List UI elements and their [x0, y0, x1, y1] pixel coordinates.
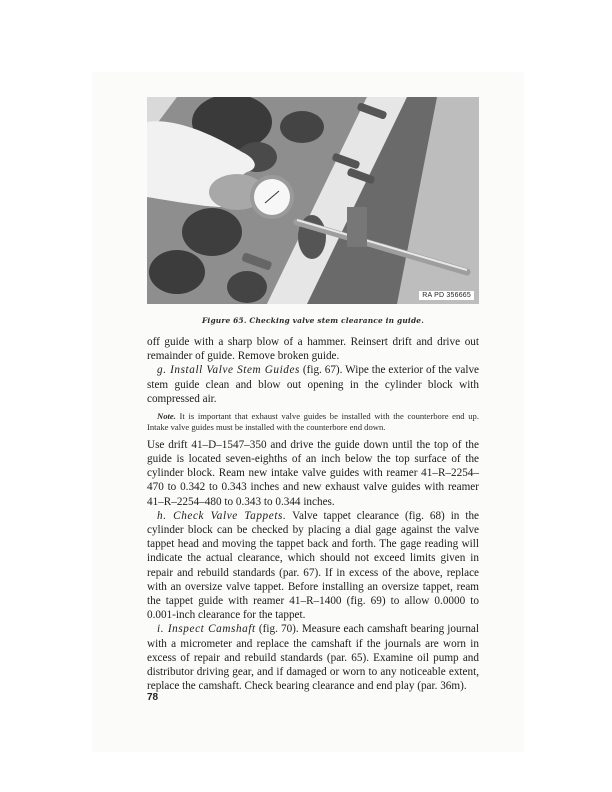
figure-photo: RA PD 356665	[147, 97, 479, 304]
subheading-g: g. Install Valve Stem Guides	[157, 364, 300, 376]
paragraph-remove-guide: off guide with a sharp blow of a hammer.…	[147, 335, 479, 363]
subheading-h: h. Check Valve Tappets.	[157, 510, 286, 522]
body-text: off guide with a sharp blow of a hammer.…	[147, 335, 479, 693]
figure-caption: Figure 65. Checking valve stem clearance…	[147, 316, 479, 325]
page-number: 78	[147, 692, 158, 703]
paragraph-use-drift: Use drift 41–D–1547–350 and drive the gu…	[147, 438, 479, 509]
paragraph-h-text: Valve tappet clearance (fig. 68) in the …	[147, 510, 479, 621]
paragraph-check-valve-tappets: h. Check Valve Tappets. Valve tappet cle…	[147, 509, 479, 623]
note-label: Note.	[157, 411, 176, 421]
photo-reference-label: RA PD 356665	[419, 291, 474, 300]
note-block: Note. It is important that exhaust valve…	[147, 411, 479, 434]
subheading-i: i. Inspect Camshaft	[157, 623, 256, 635]
note-text: It is important that exhaust valve guide…	[147, 411, 479, 432]
paragraph-install-valve-stem-guides: g. Install Valve Stem Guides (fig. 67). …	[147, 363, 479, 406]
paragraph-inspect-camshaft: i. Inspect Camshaft (fig. 70). Measure e…	[147, 622, 479, 693]
engine-block-dial-gage-illustration	[147, 97, 479, 304]
